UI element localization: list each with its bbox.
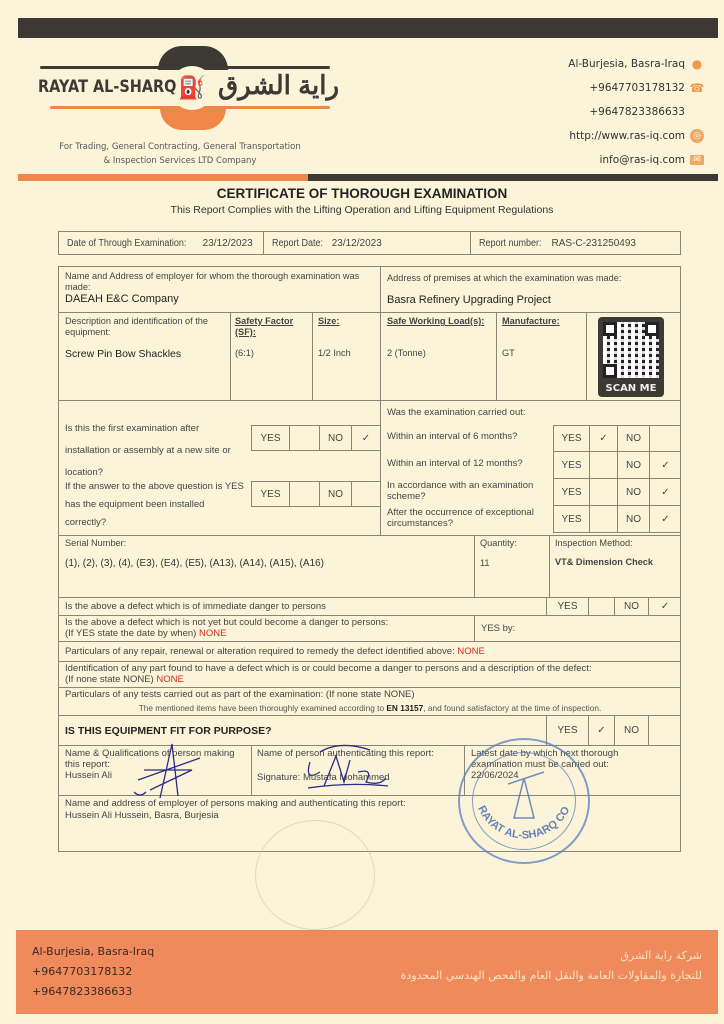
- carried-out-question: Within an interval of 12 months?: [387, 458, 552, 469]
- stamp-text-ring: RAYAT AL-SHARQ CO.: [458, 738, 590, 864]
- contact-info: Al-Burjesia, Basra-Iraq ● +9647703178132…: [568, 52, 704, 172]
- repair-question-text: Particulars of any repair, renewal or al…: [65, 646, 455, 657]
- no-label: NO: [320, 482, 352, 506]
- divider: [474, 615, 475, 641]
- answer-checkbox[interactable]: ✓: [590, 426, 618, 451]
- answer-checkbox[interactable]: [650, 426, 681, 451]
- answer-label: YES: [554, 479, 590, 505]
- tests-value-post: , and found satisfactory at the time of …: [423, 703, 601, 713]
- svg-text:RAYAT AL-SHARQ CO.: RAYAT AL-SHARQ CO.: [458, 738, 573, 841]
- carried-out-question: Within an interval of 6 months?: [387, 431, 552, 442]
- contact-website[interactable]: http://www.ras-iq.com ◎: [568, 124, 704, 148]
- answer-label: NO: [618, 452, 650, 478]
- answer-label: YES: [554, 506, 590, 532]
- employer-label: Name and Address of employer for whom th…: [65, 271, 375, 293]
- scan-me-label: SCAN ME: [598, 383, 664, 394]
- fit-for-purpose-question: IS THIS EQUIPMENT FIT FOR PURPOSE?: [65, 725, 272, 737]
- signature-label: Signature:: [257, 772, 300, 783]
- carried-out-answer: YESNO✓: [553, 506, 681, 533]
- tagline-line-1: For Trading, General Contracting, Genera…: [30, 140, 330, 154]
- report-date-value: 23/12/2023: [332, 238, 382, 249]
- divider: [59, 661, 680, 662]
- first-exam-no-checkbox[interactable]: ✓: [352, 426, 380, 450]
- footer-arabic-name: شركة راية الشرق: [401, 946, 702, 966]
- report-maker-value: Hussein Ali: [65, 770, 112, 781]
- future-danger-question: Is the above a defect which is not yet b…: [65, 617, 388, 639]
- contact-phone-2-text[interactable]: +9647823386633: [589, 106, 685, 118]
- no-label: NO: [615, 715, 649, 745]
- quantity-value: 11: [480, 558, 490, 568]
- certificate-page: ⛽ RAYAT AL-SHARQ راية الشرق For Trading,…: [0, 0, 724, 1024]
- swl-label: Safe Working Load(s):: [387, 316, 484, 326]
- serial-number-label: Serial Number:: [65, 538, 126, 548]
- installed-correctly-answer: YES NO: [251, 481, 381, 507]
- separator-orange: [18, 174, 308, 181]
- part-defect-line-1: Identification of any part found to have…: [65, 663, 592, 674]
- report-dates-row: Date of Through Examination: 23/12/2023 …: [58, 231, 681, 255]
- phone-icon: ☎: [690, 81, 704, 95]
- footer-phone-1[interactable]: +9647703178132: [32, 962, 154, 982]
- installed-no-checkbox[interactable]: [352, 482, 380, 506]
- divider: [59, 535, 680, 536]
- document-title: CERTIFICATE OF THOROUGH EXAMINATION: [0, 186, 724, 201]
- tagline-line-2: & Inspection Services LTD Company: [30, 154, 330, 168]
- document-subtitle: This Report Complies with the Lifting Op…: [0, 204, 724, 216]
- employer-of-persons-label: Name and address of employer of persons …: [65, 798, 406, 809]
- header-separator: [18, 174, 718, 181]
- answer-label: YES: [554, 452, 590, 478]
- size-value: 1/2 Inch: [318, 348, 351, 358]
- first-exam-yes-checkbox[interactable]: [290, 426, 320, 450]
- location-pin-icon: ●: [690, 57, 704, 71]
- divider: [59, 641, 680, 642]
- no-label: NO: [615, 597, 649, 615]
- answer-label: YES: [554, 426, 590, 451]
- first-exam-answer: YES NO ✓: [251, 425, 381, 451]
- gear-bottom-shape: [160, 108, 226, 130]
- exam-date-value: 23/12/2023: [203, 238, 253, 249]
- oil-pump-icon: ⛽: [170, 66, 214, 110]
- contact-website-link[interactable]: http://www.ras-iq.com: [569, 130, 685, 142]
- divider: [549, 535, 550, 597]
- quantity-label: Quantity:: [480, 538, 517, 548]
- part-defect-value: NONE: [156, 674, 183, 685]
- exam-date-label: Date of Through Examination:: [67, 238, 186, 249]
- installed-correctly-question: If the answer to the above question is Y…: [65, 478, 245, 532]
- manufacture-value: GT: [502, 348, 515, 358]
- answer-checkbox[interactable]: ✓: [650, 479, 681, 505]
- tests-value: The mentioned items have been thoroughly…: [65, 703, 675, 713]
- part-defect-question: Identification of any part found to have…: [65, 663, 592, 685]
- answer-checkbox[interactable]: [590, 506, 618, 532]
- answer-checkbox[interactable]: [590, 479, 618, 505]
- carried-out-answer: YES✓NO: [553, 425, 681, 452]
- immediate-danger-answer: YES NO ✓: [546, 597, 681, 615]
- inspection-method-label: Inspection Method:: [555, 538, 633, 548]
- serial-number-value: (1), (2), (3), (4), (E3), (E4), (E5), (A…: [65, 558, 324, 569]
- mail-icon: ✉: [690, 155, 704, 165]
- tests-standard: EN 13157: [386, 703, 423, 713]
- maker-signature: [130, 740, 210, 800]
- brand-name-en: RAYAT AL-SHARQ: [38, 77, 176, 97]
- answer-label: NO: [618, 506, 650, 532]
- divider: [59, 615, 680, 616]
- fit-no-checkbox[interactable]: [649, 715, 681, 745]
- carried-out-answer: YESNO✓: [553, 479, 681, 506]
- answer-checkbox[interactable]: [590, 452, 618, 478]
- footer-arabic-tagline: للتجارة والمقاولات العامة والنقل العام و…: [401, 966, 702, 986]
- tests-question: Particulars of any tests carried out as …: [65, 689, 415, 700]
- yes-label: YES: [252, 482, 290, 506]
- answer-checkbox[interactable]: ✓: [650, 452, 681, 478]
- immediate-danger-question: Is the above a defect which is of immedi…: [65, 601, 326, 612]
- footer-address: Al-Burjesia, Basra-Iraq: [32, 942, 154, 962]
- carried-out-question: After the occurrence of exceptional circ…: [387, 507, 552, 529]
- footer-bar: Al-Burjesia, Basra-Iraq +9647703178132 +…: [16, 930, 718, 1014]
- footer-arabic: شركة راية الشرق للتجارة والمقاولات العام…: [401, 946, 702, 986]
- report-number-label: Report number:: [479, 238, 542, 249]
- immediate-danger-no-checkbox[interactable]: ✓: [649, 597, 681, 615]
- first-exam-question: Is this the first examination after inst…: [65, 418, 245, 484]
- contact-phone-2[interactable]: +9647823386633: [568, 100, 704, 124]
- contact-email-link[interactable]: info@ras-iq.com: [599, 154, 685, 166]
- embossed-seal: [255, 820, 375, 930]
- repair-question: Particulars of any repair, renewal or al…: [65, 646, 485, 657]
- description-value: Screw Pin Bow Shackles: [65, 348, 181, 360]
- contact-phone-1[interactable]: +9647703178132 ☎: [568, 76, 704, 100]
- footer-contacts: Al-Burjesia, Basra-Iraq +9647703178132 +…: [32, 942, 154, 1002]
- divider: [474, 535, 475, 597]
- brand-name-ar: راية الشرق: [218, 70, 339, 101]
- contact-phone-1-text[interactable]: +9647703178132: [589, 82, 685, 94]
- divider: [230, 312, 231, 400]
- future-danger-line-1: Is the above a defect which is not yet b…: [65, 617, 388, 628]
- premises-value: Basra Refinery Upgrading Project: [387, 294, 551, 306]
- manufacture-label: Manufacture:: [502, 316, 560, 326]
- carried-out-answer: YESNO✓: [553, 452, 681, 479]
- separator-dark: [308, 174, 718, 181]
- premises-label: Address of premises at which the examina…: [387, 273, 621, 283]
- carried-out-label: Was the examination carried out:: [387, 407, 526, 418]
- answer-label: NO: [618, 479, 650, 505]
- no-label: NO: [320, 426, 352, 450]
- exam-date-cell: Date of Through Examination: 23/12/2023: [59, 232, 264, 254]
- employer-of-persons-value: Hussein Ali Hussein, Basra, Burjesia: [65, 810, 219, 821]
- part-defect-line-2: (If none state NONE): [65, 674, 154, 685]
- divider: [59, 400, 680, 401]
- divider: [251, 745, 252, 795]
- yes-label: YES: [547, 597, 589, 615]
- future-danger-line-2: (If YES state the date by when): [65, 628, 196, 639]
- size-label: Size:: [318, 316, 339, 326]
- description-label: Description and identification of the eq…: [65, 316, 225, 338]
- repair-value: NONE: [457, 646, 484, 657]
- employer-value: DAEAH E&C Company: [65, 293, 179, 305]
- inspection-method-value: VT& Dimension Check: [555, 557, 653, 567]
- divider: [496, 312, 497, 400]
- authenticator-signature-scribble: [300, 742, 390, 790]
- qr-finder: [603, 322, 617, 336]
- future-danger-value: NONE: [199, 628, 226, 639]
- contact-email[interactable]: info@ras-iq.com ✉: [568, 148, 704, 172]
- carried-out-question: In accordance with an examination scheme…: [387, 480, 552, 502]
- immediate-danger-yes-checkbox[interactable]: [589, 597, 615, 615]
- report-number-cell: Report number: RAS-C-231250493: [471, 232, 680, 254]
- divider: [59, 687, 680, 688]
- tests-value-pre: The mentioned items have been thoroughly…: [139, 703, 384, 713]
- yes-label: YES: [252, 426, 290, 450]
- qr-finder: [603, 364, 617, 378]
- divider: [586, 312, 587, 400]
- divider: [312, 312, 313, 400]
- header-top-bar: [18, 18, 718, 38]
- contact-address: Al-Burjesia, Basra-Iraq ●: [568, 52, 704, 76]
- qr-code[interactable]: SCAN ME: [598, 317, 664, 397]
- fit-yes-checkbox[interactable]: ✓: [589, 715, 615, 745]
- company-logo: ⛽ RAYAT AL-SHARQ راية الشرق: [30, 44, 360, 144]
- report-date-cell: Report Date: 23/12/2023: [264, 232, 471, 254]
- swl-value: 2 (Tonne): [387, 348, 426, 358]
- yes-by-label: YES by:: [481, 623, 515, 634]
- globe-icon: ◎: [690, 129, 704, 143]
- answer-checkbox[interactable]: ✓: [650, 506, 681, 532]
- report-number-value: RAS-C-231250493: [551, 238, 636, 249]
- qr-finder: [645, 322, 659, 336]
- contact-address-text: Al-Burjesia, Basra-Iraq: [568, 58, 685, 70]
- footer-phone-2[interactable]: +9647823386633: [32, 982, 154, 1002]
- answer-label: NO: [618, 426, 650, 451]
- report-date-label: Report Date:: [272, 238, 323, 249]
- safety-factor-label: Safety Factor (SF):: [235, 316, 305, 338]
- company-tagline: For Trading, General Contracting, Genera…: [30, 140, 330, 168]
- installed-yes-checkbox[interactable]: [290, 482, 320, 506]
- safety-factor-value: (6:1): [235, 348, 254, 358]
